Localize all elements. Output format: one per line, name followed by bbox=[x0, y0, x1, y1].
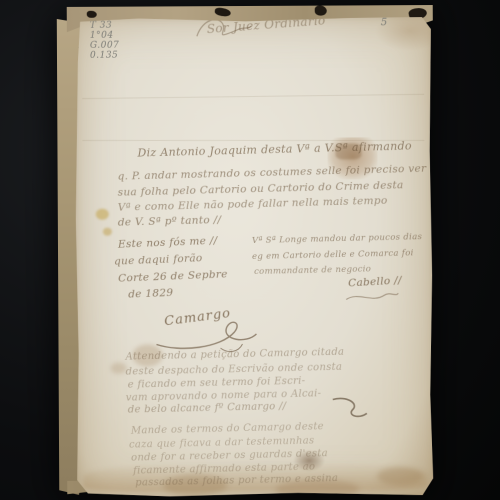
second-decree-line: vam aprovando o nome para o Alcai- bbox=[126, 388, 322, 403]
decree-signature: Cabello // bbox=[348, 274, 402, 289]
decree-left-line: de 1829 bbox=[128, 287, 174, 301]
cumprase-word: Camargo bbox=[163, 306, 232, 329]
second-decree-line: Attendendo a petição do Camargo citada bbox=[125, 347, 344, 363]
archive-annotation-line: G.007 bbox=[90, 41, 119, 51]
decree-right-line: Vª Sª Longe mandou dar poucos dias bbox=[252, 232, 422, 246]
torn-fragment bbox=[315, 6, 327, 16]
decree-right-line: eg em Cartorio delle e Comarca foi bbox=[252, 248, 414, 262]
second-decree-line: de belo alcance fº Camargo // bbox=[128, 401, 287, 416]
third-decree-line: Mande os termos do Camargo deste bbox=[131, 421, 324, 436]
decree-left-line: Este nos fós me // bbox=[118, 235, 218, 251]
manuscript-page: T 33 1°04 G.007 0.135 5 Sor Juez Ordinar… bbox=[75, 17, 433, 497]
archive-annotation-line: T 33 bbox=[90, 21, 119, 31]
bottom-blotch bbox=[377, 467, 423, 485]
decree-right-line: commandante de negocio bbox=[254, 264, 371, 277]
archive-annotation-line: 1°04 bbox=[90, 31, 119, 41]
decree-left-line: que daqui forão bbox=[114, 252, 203, 268]
signature-rubric bbox=[344, 289, 400, 305]
paper-crease bbox=[82, 94, 424, 99]
folio-number: 5 bbox=[381, 17, 388, 28]
foxing-spot bbox=[103, 228, 112, 236]
paragraph-flourish bbox=[329, 395, 369, 421]
manuscript-stack: T 33 1°04 G.007 0.135 5 Sor Juez Ordinar… bbox=[57, 5, 436, 495]
petition-line: de V. Sª pº tanto // bbox=[118, 214, 222, 229]
torn-fragment bbox=[87, 11, 97, 18]
petition-line: Diz Antonio Joaquim desta Vª a V.Sª afir… bbox=[137, 139, 412, 159]
water-stain bbox=[111, 363, 127, 374]
foxing-spot bbox=[96, 209, 109, 220]
second-decree-line: deste despacho do Escrivão onde consta bbox=[126, 362, 343, 378]
archive-annotation-line: 0.135 bbox=[90, 51, 119, 61]
archive-annotations: T 33 1°04 G.007 0.135 bbox=[90, 21, 120, 61]
decree-left-line: Corte 26 de Sepbre bbox=[118, 268, 228, 284]
